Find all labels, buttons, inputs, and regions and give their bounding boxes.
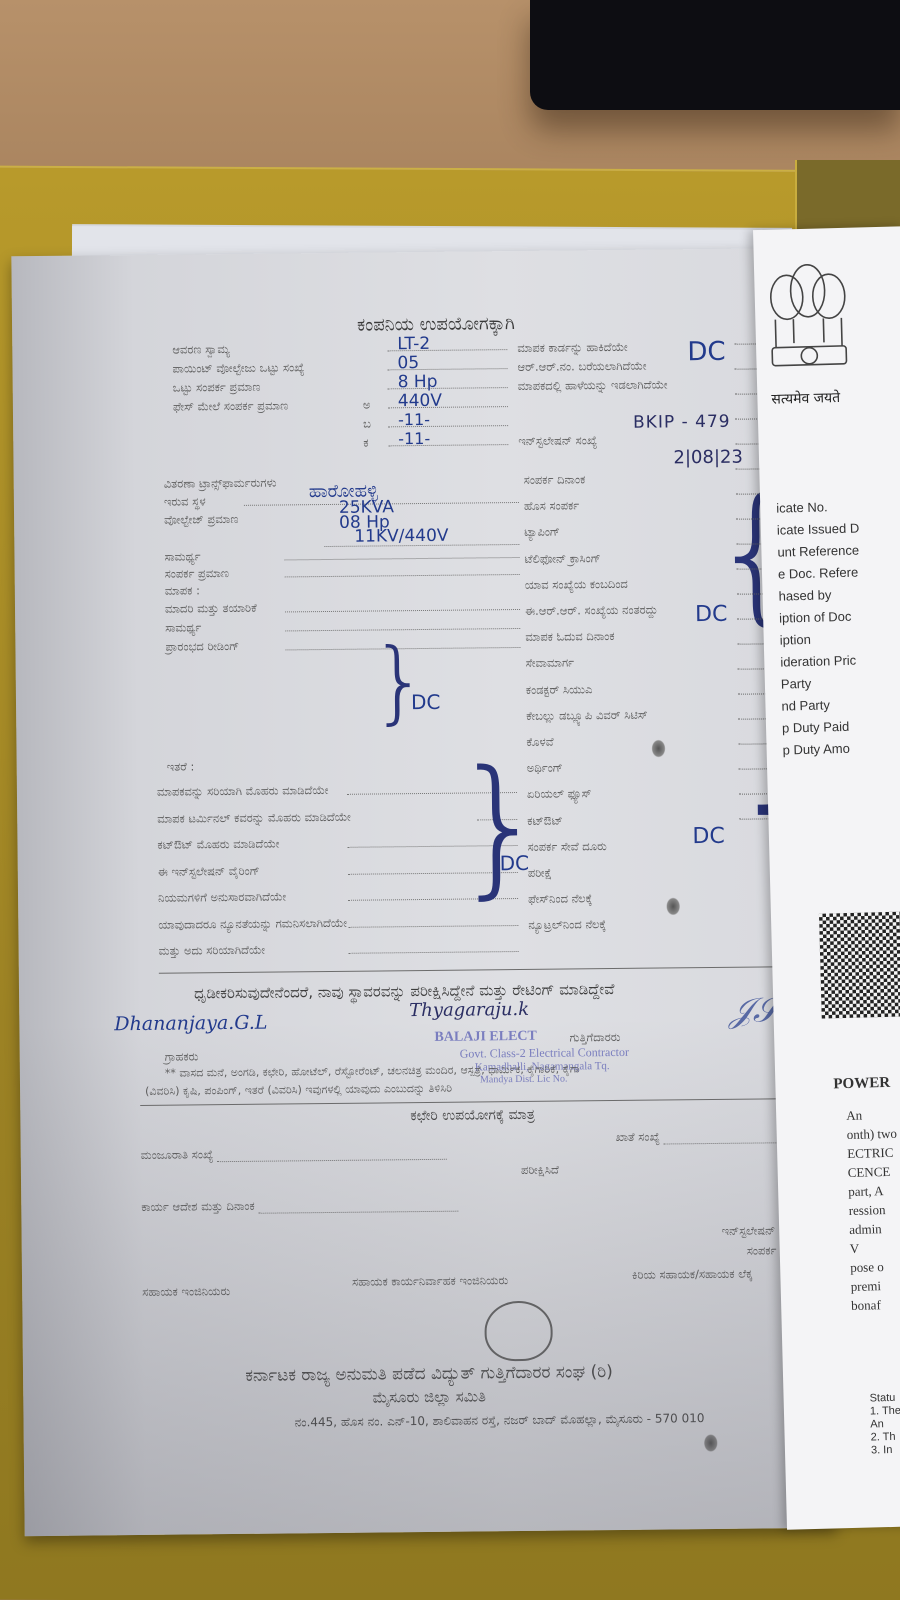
- account-number-field: ಖಾತೆ ಸಂಖ್ಯೆ: [616, 1128, 794, 1145]
- footer-committee: ಮೈಸೂರು ಜಿಲ್ಲಾ ಸಮಿತಿ: [23, 1384, 835, 1411]
- certificate-body-line: premi: [850, 1276, 900, 1296]
- brace-checks: }: [452, 751, 549, 902]
- annotation-dc-right-2: DC: [692, 824, 725, 849]
- annotation-dc-meter: DC: [411, 690, 441, 714]
- certificate-label: icate Issued D: [777, 518, 860, 542]
- field-label: ವಿತರಣಾ ಟ್ರಾನ್ಸ್‌ಫಾರ್ಮರುಗಳು: [164, 476, 277, 492]
- checklist-label: ಕಂಡಕ್ಟರ್ ಸಿಯುಎ: [526, 682, 593, 698]
- qr-code: [819, 911, 900, 1018]
- certificate-label: Party: [781, 671, 864, 695]
- certificate-body-line: pose o: [850, 1257, 900, 1277]
- field-label: ಫೇಸ್ ಮೇಲೆ ಸಂಪರ್ಕ ಪ್ರಮಾಣ: [173, 398, 288, 414]
- checklist-label: ಯಾವ ಸಂಖ್ಯೆಯ ಕಂಬದಿಂದ: [525, 577, 628, 593]
- phone-object: [530, 0, 900, 110]
- statutory-line: 3. In: [871, 1444, 900, 1458]
- installation-number-value: BKIP - 479: [633, 412, 731, 433]
- statutory-line: 2. Th: [870, 1431, 900, 1445]
- certificate-label: iption of Doc: [779, 605, 862, 629]
- certificate-body-line: CENCE: [847, 1162, 898, 1182]
- field-label: ಇರುವ ಸ್ಥಳ: [164, 494, 206, 509]
- certificate-label: p Duty Paid: [782, 715, 865, 739]
- field-handwritten-value: -11-: [398, 429, 430, 448]
- checklist-label: ಟೆಲಿಫೋನ್ ಕ್ರಾಸಿಂಗ್: [524, 551, 600, 567]
- power-heading: POWER: [833, 1075, 890, 1093]
- checklist-label: ಮಾಪಕ ಕಾರ್ಡನ್ನು ಹಾಕಿದೆಯೇ: [517, 340, 628, 356]
- officer-ja: ಕಿರಿಯ ಸಹಾಯಕ/ಸಹಾಯಕ ಲೆಕ್ಕ: [632, 1267, 753, 1283]
- certificate-label: unt Reference: [777, 540, 860, 564]
- account-number-label: ಖಾತೆ ಸಂಖ್ಯೆ: [616, 1130, 660, 1144]
- premises-line-2: (ವಿವರಿಸಿ) ಕೃಷಿ, ಪಂಪಿಂಗ್, ಇತರೆ (ವಿವರಿಸಿ) …: [145, 1082, 452, 1099]
- field-label: ಪಾಯಿಂಟ್ ವೋಲ್ಟೇಜು ಒಟ್ಟು ಸಂಖ್ಯೆ: [172, 360, 304, 376]
- field-handwritten-value: 05: [397, 353, 419, 373]
- field-label: ಮಾಪಕ :: [165, 583, 200, 598]
- checklist-label: ಮಾಪಕದಲ್ಲಿ ಹಾಳೆಯನ್ನು ಇಡಲಾಗಿದೆಯೇ: [518, 377, 668, 394]
- field-dotted-line: [284, 556, 519, 560]
- form-title: ಕಂಪನಿಯ ಉಪಯೋಗಕ್ಕಾಗಿ: [357, 313, 515, 336]
- certificate-label: e Doc. Refere: [778, 561, 861, 585]
- sanction-number-field: ಮಂಜೂರಾತಿ ಸಂಖ್ಯೆ: [141, 1145, 447, 1163]
- check-label: ಈ ಇನ್‌ಸ್ಟಲೇಷನ್ ವೈರಿಂಗ್: [158, 863, 260, 879]
- field-dotted-line: [285, 573, 520, 577]
- field-handwritten-value: LT-2: [397, 334, 430, 354]
- checklist-label: ಕೇಬಲ್ಲು ಡಬ್ಲ್ಯೂಪಿ ವಿವರ್ ಸಿಟಿಸ್: [526, 707, 648, 723]
- check-label: ಮಾಪಕ ಟರ್ಮಿನಲ್ ಕವರನ್ನು ಮೊಹರು ಮಾಡಿದೆಯೇ: [157, 809, 351, 826]
- work-order-label: ಕಾರ್ಯ ಆದೇಶ ಮತ್ತು ದಿನಾಂಕ: [141, 1199, 255, 1214]
- certificate-body-line: ression: [848, 1200, 899, 1220]
- divider: [159, 966, 837, 974]
- certificate-body-line: ECTRIC: [847, 1143, 898, 1163]
- installation-number-label: ಇನ್‌ಸ್ಟಲೇಷನ್ ಸಂಖ್ಯೆ: [518, 433, 597, 449]
- connection-date-value: 2|08|23: [673, 447, 743, 469]
- field-label: ಆವರಣ ಸ್ವಾಮ್ಯ: [172, 342, 230, 358]
- field-handwritten-value: 08 Hp: [339, 512, 390, 533]
- inspected-label: ಪರೀಕ್ಷಿಸಿದೆ: [521, 1163, 559, 1178]
- certificate-body: Anonth) twoECTRICCENCEpart, Aressionadmi…: [846, 1105, 900, 1315]
- divider-office: [140, 1098, 836, 1106]
- checklist-label: ಹೊಸ ಸಂಪರ್ಕ: [524, 499, 579, 515]
- field-handwritten-value: -11-: [398, 410, 430, 429]
- field-label: ವೋಲ್ಟೇಜ್ ಪ್ರಮಾಣ: [164, 512, 239, 528]
- punch-hole: [704, 1434, 718, 1452]
- checklist-label: ಈ.ಆರ್.ಆರ್. ಸಂಖ್ಯೆಯ ನಂತರದ್ದು: [525, 603, 658, 619]
- others-label: ಇತರೆ :: [167, 759, 195, 774]
- officer-ae: ಸಹಾಯಕ ಇಂಜಿನಿಯರು: [142, 1284, 230, 1300]
- national-emblem-icon: [764, 258, 853, 370]
- field-sub-label: ಅ: [363, 398, 371, 413]
- emblem-motto: सत्यमेव जयते: [771, 388, 840, 409]
- annotation-dc-top: DC: [687, 337, 725, 367]
- checklist-label: ಸೇವಾಮಾರ್ಗ: [526, 656, 575, 672]
- certificate-body-line: An: [846, 1105, 897, 1125]
- field-label: ಸಂಪರ್ಕ ಪ್ರಮಾಣ: [165, 566, 230, 582]
- field-handwritten-value: 440V: [398, 391, 442, 411]
- check-label: ಕಟ್‌ಔಟ್ ಮೊಹರು ಮಾಡಿದೆಯೇ: [157, 837, 279, 853]
- stamp-line-2: Govt. Class-2 Electrical Contractor: [460, 1045, 629, 1062]
- field-sub-label: ಬ: [363, 417, 371, 432]
- certificate-body-line: bonaf: [851, 1295, 900, 1315]
- punch-hole: [651, 739, 665, 757]
- work-order-field: ಕಾರ್ಯ ಆದೇಶ ಮತ್ತು ದಿನಾಂಕ: [141, 1197, 458, 1215]
- officer-signature: 𝒥𝒮: [729, 990, 779, 1031]
- certificate-label: icate No.: [776, 496, 859, 520]
- certificate-label: p Duty Amo: [782, 737, 865, 761]
- certification-statement: ಧೃಡೀಕರಿಸುವುದೇನೆಂದರೆ, ನಾವು ಸ್ಥಾವರವನ್ನು ಪರ…: [194, 980, 615, 1002]
- checklist-label: ಮಾಪಕ ಓದುವ ದಿನಾಂಕ: [525, 629, 614, 645]
- contractor-label: ಗುತ್ತಿಗೆದಾರರು: [569, 1030, 620, 1046]
- check-label: ನಿಯಮಗಳಿಗೆ ಅನುಸಾರವಾಗಿದೆಯೇ: [158, 889, 286, 905]
- checklist-label: ನ್ಯೂಟ್ರಲ್‌ನಿಂದ ನೆಲಕ್ಕೆ: [528, 917, 606, 933]
- check-label: ಯಾವುದಾದರೂ ನ್ಯೂನತೆಯನ್ನು ಗಮನಿಸಲಾಗಿದೆಯೇ: [158, 915, 347, 932]
- footer-organization: ಕರ್ನಾಟಕ ರಾಜ್ಯ ಅನುಮತಿ ಪಡೆದ ವಿದ್ಯುತ್ ಗುತ್ತ…: [23, 1360, 835, 1389]
- field-label: ಮಾದರಿ ಮತ್ತು ತಯಾರಿಕೆ: [165, 601, 257, 617]
- punch-hole: [666, 897, 680, 915]
- statutory-line: Statu: [869, 1392, 900, 1406]
- check-label: ಮಾಪಕವನ್ನು ಸರಿಯಾಗಿ ಮೊಹರು ಮಾಡಿದೆಯೇ: [157, 783, 329, 800]
- statutory-line: 1. The: [870, 1405, 900, 1419]
- field-handwritten-value: 8 Hp: [398, 372, 438, 392]
- association-logo: [484, 1301, 553, 1362]
- customer-signature: Dhananjaya.G.L: [114, 1012, 267, 1036]
- stamp-line-1: BALAJI ELECT: [434, 1029, 536, 1046]
- checklist-label: ಆರ್.ಆರ್.ನಂ. ಬರೆಯಲಾಗಿದೆಯೇ: [517, 359, 646, 375]
- annotation-dc-checks: DC: [500, 851, 530, 875]
- footer-address: ನಂ.445, ಹೊಸ ನಂ. ಎನ್-10, ಶಾಲಿವಾಹನ ರಸ್ತೆ, …: [93, 1409, 836, 1433]
- statutory-line: An: [870, 1418, 900, 1432]
- checklist-label: ಸಂಪರ್ಕ ದಿನಾಂಕ: [524, 472, 586, 488]
- check-dotted-line: [349, 950, 519, 954]
- statutory-notes: Statu1. The An2. Th3. In: [869, 1392, 900, 1458]
- certificate-body-line: admin: [849, 1219, 900, 1239]
- field-sub-label: ಕ: [363, 436, 368, 451]
- officer-aee: ಸಹಾಯಕ ಕಾರ್ಯನಿರ್ವಾಹಕ ಇಂಜಿನಿಯರು: [352, 1273, 508, 1290]
- customer-label: ಗ್ರಾಹಕರು: [165, 1049, 199, 1064]
- sanction-number-label: ಮಂಜೂರಾತಿ ಸಂಖ್ಯೆ: [141, 1147, 214, 1162]
- certificate-body-line: V: [849, 1238, 900, 1258]
- certificate-label: nd Party: [781, 693, 864, 717]
- field-label: ಒಟ್ಟು ಸಂಪರ್ಕ ಪ್ರಮಾಣ: [173, 380, 261, 396]
- certificate-label: ideration Pric: [780, 649, 863, 673]
- checklist-label: ಟ್ಯಾಪಿಂಗ್: [524, 525, 560, 540]
- office-use-heading: ಕಛೇರಿ ಉಪಯೋಗಕ್ಕೆ ಮಾತ್ರ: [410, 1107, 535, 1124]
- field-label: ಸಾಮರ್ಥ್ಯ: [164, 549, 200, 564]
- certificate-label: hased by: [778, 583, 861, 607]
- certificate-labels: icate No.icate Issued Dunt Referencee Do…: [776, 496, 865, 762]
- contractor-signature: Thyagaraju.k: [409, 999, 529, 1021]
- field-dotted-line: [285, 608, 520, 612]
- field-label: ಪ್ರಾರಂಭದ ರೀಡಿಂಗ್: [165, 639, 239, 655]
- company-use-form: ಕಂಪನಿಯ ಉಪಯೋಗಕ್ಕಾಗಿ ಆವರಣ ಸ್ವಾಮ್ಯLT-2ಪಾಯಿಂ…: [11, 248, 836, 1536]
- field-label: ಸಾಮರ್ಥ್ಯ: [165, 620, 201, 635]
- check-label: ಮತ್ತು ಅದು ಸರಿಯಾಗಿದೆಯೇ: [159, 943, 266, 959]
- annotation-dc-right-1: DC: [695, 602, 728, 627]
- certificate-body-line: part, A: [848, 1181, 899, 1201]
- certificate-body-line: onth) two: [846, 1124, 897, 1144]
- check-dotted-line: [348, 924, 518, 928]
- certificate-label: iption: [779, 627, 862, 651]
